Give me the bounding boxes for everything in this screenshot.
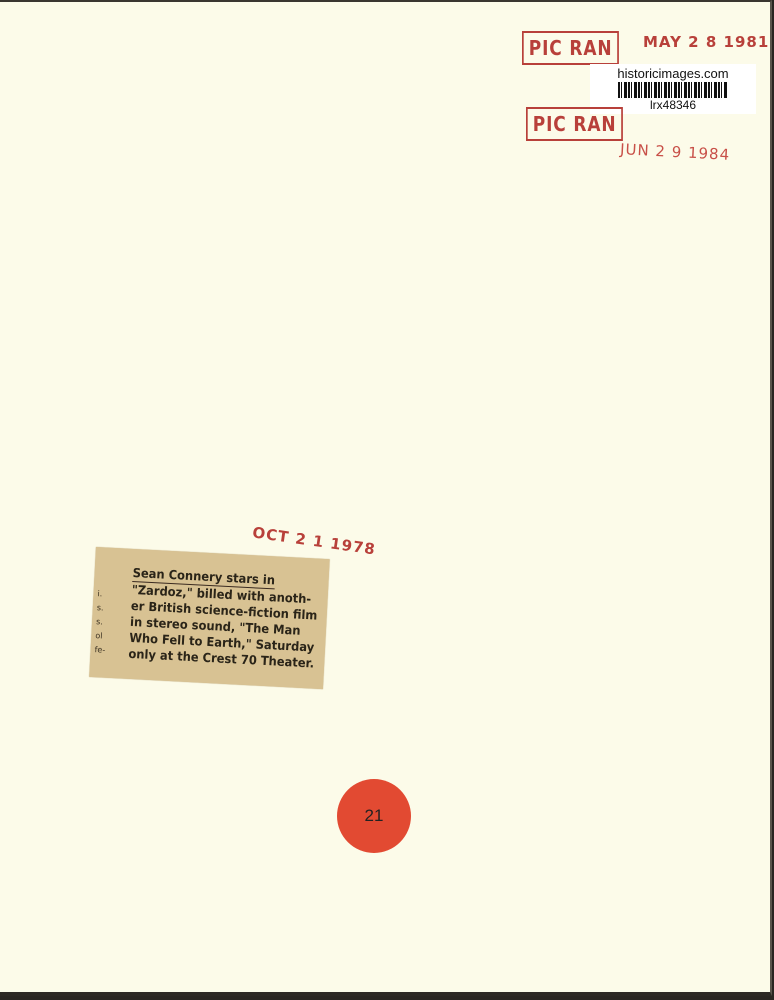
clipping-text: Sean Connery stars in "Zardoz," billed w… <box>128 565 308 671</box>
stamp-date-1: MAY 2 8 1981 <box>643 33 769 51</box>
pic-ran-stamp-2: PIC RAN <box>526 107 623 141</box>
pic-ran-stamp-1: PIC RAN <box>522 31 619 65</box>
number-sticker: 21 <box>337 779 411 853</box>
clipping-date-stamp: OCT 2 1 1978 <box>251 523 377 558</box>
label-site: historicimages.com <box>590 66 756 81</box>
barcode-icon <box>618 82 728 98</box>
stamp-date-2: JUN 2 9 1984 <box>620 140 731 164</box>
photo-back: PIC RAN MAY 2 8 1981 historicimages.com … <box>0 0 772 996</box>
newspaper-clipping: i. s. s. ol fe- Sean Connery stars in "Z… <box>89 547 329 689</box>
clipping-edge-fragments: i. s. s. ol fe- <box>94 587 108 657</box>
